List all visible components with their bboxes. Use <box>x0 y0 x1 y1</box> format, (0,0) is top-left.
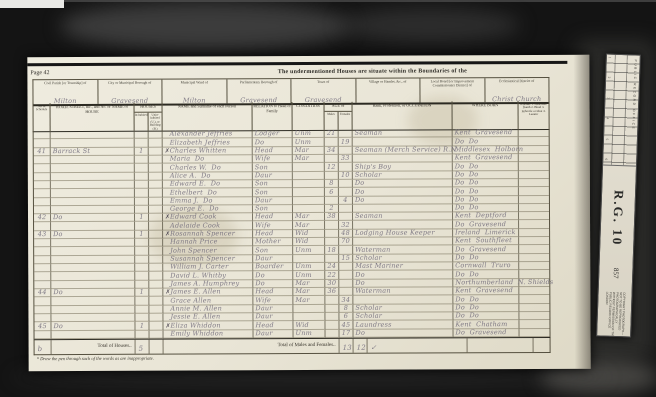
cell-schedule <box>34 306 51 314</box>
cell-disability <box>519 254 549 262</box>
totals-check: ✓ <box>368 338 468 352</box>
cell-inhabited <box>135 247 149 255</box>
district-box: Local Board [or Improvement Commissioner… <box>420 78 485 102</box>
cell-disability <box>519 179 549 187</box>
cell-uninhabited <box>149 264 163 272</box>
col-header-occupation: Rank, Profession, or OCCUPATION <box>353 101 453 129</box>
cell-uninhabited <box>149 139 163 147</box>
district-box: Municipal Ward of Milton <box>162 79 227 103</box>
cell-disability <box>519 129 549 137</box>
col-header-uninhabited: Unin-habited (U.), or Building (B.) <box>149 113 162 131</box>
cell-uninhabited <box>149 255 163 263</box>
table-body: Alexander Jeffries Lodger Unm 21 Seaman … <box>33 129 551 339</box>
pro-office-label: PUBLIC RECORD OFFICE <box>631 59 637 130</box>
cell-uninhabited <box>149 197 163 205</box>
cell-schedule <box>34 248 51 256</box>
cell-inhabited <box>135 305 149 313</box>
col-header-road: ROAD, STREET, &c., and No. or NAME of HO… <box>51 103 135 131</box>
cell-condition: Mar <box>293 155 325 163</box>
cell-relation: Daur <box>254 330 294 338</box>
district-box-label: City or Municipal Borough of <box>98 80 162 85</box>
cell-age-female <box>339 205 353 213</box>
cell-inhabited <box>135 297 149 305</box>
cell-age-female <box>339 279 353 287</box>
totals-margin-mark: b <box>35 340 52 354</box>
cell-schedule <box>34 272 51 280</box>
cell-disability <box>519 237 549 245</box>
cell-road <box>52 330 136 339</box>
district-box: Civil Parish [or Township] of Milton <box>33 80 98 104</box>
cell-born: Do Do <box>453 179 519 188</box>
cell-schedule <box>35 331 52 339</box>
cell-uninhabited <box>149 314 163 322</box>
cell-disability <box>519 154 549 162</box>
cell-schedule: 44 <box>34 289 51 297</box>
age-group-label: AGE of <box>332 103 345 108</box>
cell-age-male: 38 <box>325 213 339 221</box>
district-box-label: Civil Parish [or Township] of <box>33 80 97 85</box>
cell-uninhabited <box>149 147 163 155</box>
cell-uninhabited <box>149 214 163 222</box>
district-box-label: Parliamentary Borough of <box>227 79 291 84</box>
cell-schedule: 45 <box>34 322 51 330</box>
cell-disability <box>519 162 549 170</box>
cell-inhabited <box>135 255 149 263</box>
cell-schedule: 42 <box>34 214 51 222</box>
houses-subheaders: In-habited Unin-habited (U.), or Buildin… <box>135 112 162 131</box>
cell-inhabited <box>135 164 149 172</box>
cell-disability <box>519 204 549 212</box>
cell-uninhabited <box>149 239 163 247</box>
cell-disability <box>519 220 549 228</box>
cell-disability <box>519 212 549 220</box>
col-header-relation: RELATION to Head of Family <box>253 102 293 130</box>
cell-inhabited <box>135 189 149 197</box>
cell-disability <box>519 146 549 154</box>
cell-age-male: 36 <box>325 288 339 296</box>
cell-schedule <box>34 156 51 164</box>
cell-uninhabited <box>149 230 163 238</box>
cell-inhabited: 1 <box>135 322 149 330</box>
background-blotch <box>340 8 520 42</box>
cell-age-male <box>325 230 339 238</box>
cell-age-male <box>325 221 339 229</box>
cell-disability <box>519 245 549 253</box>
cell-schedule: 43 <box>34 231 51 239</box>
cell-age-female: 33 <box>339 155 353 163</box>
col-header-condition: CON-DITION <box>293 102 325 130</box>
cell-condition <box>293 180 325 188</box>
cell-schedule <box>34 181 51 189</box>
ruler-number: 6 <box>604 159 608 161</box>
cell-inhabited <box>135 264 149 272</box>
census-document: Page 42 The undermentioned Houses are si… <box>27 55 590 371</box>
ruler-number: 5 <box>605 138 609 140</box>
houses-group-label: HOUSES <box>140 104 156 109</box>
cell-uninhabited <box>149 272 163 280</box>
col-header-disability: Whether 1. Deaf-and-Dumb 2. Blind 3. Imb… <box>519 101 549 129</box>
total-females-value: 12 <box>354 339 368 353</box>
totals-spacer <box>150 340 164 354</box>
cell-age-female: 15 <box>339 254 353 262</box>
cell-condition <box>293 313 325 321</box>
totals-row: b Total of Houses.. 5 Total of Males and… <box>34 337 551 355</box>
cell-condition <box>293 188 325 196</box>
cell-age-female: 19 <box>339 138 353 146</box>
cell-inhabited <box>135 172 149 180</box>
cell-age-male <box>325 321 339 329</box>
cell-age-male: 12 <box>325 163 339 171</box>
footnote: * Draw the pen through such of the words… <box>37 356 154 362</box>
cell-schedule <box>34 131 51 139</box>
total-persons-label: Total of Males and Females.. <box>164 339 340 354</box>
cell-disability <box>519 195 549 203</box>
cell-age-male: 18 <box>325 246 339 254</box>
cell-uninhabited <box>149 172 163 180</box>
cell-uninhabited <box>149 322 163 330</box>
cell-disability <box>520 328 550 336</box>
cell-uninhabited <box>150 330 164 338</box>
cell-age-female: 17 <box>340 329 354 337</box>
cell-condition: Unm <box>293 246 325 254</box>
cell-condition: Unm <box>294 329 326 337</box>
cell-relation: Son <box>253 180 293 188</box>
cell-age-male: 34 <box>325 146 339 154</box>
district-box: Village or Hamlet, &c., of <box>356 79 421 103</box>
ruler: PUBLIC RECORD OFFICE 123456 <box>603 55 640 167</box>
cell-uninhabited <box>149 280 163 288</box>
cell-inhabited <box>135 272 149 280</box>
cell-disability <box>519 320 549 328</box>
cell-inhabited: 1 <box>135 147 149 155</box>
col-header-name: NAME and Surname of each Person <box>163 102 253 130</box>
cell-condition <box>293 304 325 312</box>
cell-age-female: 10 <box>339 171 353 179</box>
col-header-houses: HOUSES In-habited Unin-habited (U.), or … <box>135 103 163 131</box>
cell-disability <box>519 171 549 179</box>
cell-age-male <box>325 304 339 312</box>
cell-inhabited <box>135 197 149 205</box>
page-number: Page 42 <box>30 70 49 76</box>
cell-uninhabited <box>149 289 163 297</box>
district-box-label: Municipal Ward of <box>162 79 226 84</box>
total-houses-label: Total of Houses.. <box>52 340 136 354</box>
cell-condition: Mar <box>293 296 325 304</box>
district-box: Ecclesiastical District of Christ Church <box>485 78 549 102</box>
cell-inhabited <box>135 181 149 189</box>
cell-inhabited: 1 <box>135 214 149 222</box>
cell-inhabited <box>135 156 149 164</box>
cell-age-male <box>325 296 339 304</box>
cell-disability <box>519 287 549 295</box>
col-header-females: Females <box>339 112 352 130</box>
cell-schedule <box>34 173 51 181</box>
series-reference: R.G. 10 <box>608 170 627 266</box>
col-header-males: Males <box>325 112 339 130</box>
cell-age-female: 4 <box>339 196 353 204</box>
cell-schedule <box>34 164 51 172</box>
ruler-number: 2 <box>607 77 611 79</box>
district-box-label: Local Board [or Improvement Commissioner… <box>420 78 484 87</box>
cell-schedule <box>34 239 51 247</box>
totals-spacer <box>468 338 534 352</box>
cell-disability <box>519 295 549 303</box>
cell-schedule <box>34 189 51 197</box>
background-blotch <box>60 2 350 50</box>
cell-condition <box>293 163 325 171</box>
cell-inhabited <box>135 131 149 139</box>
cell-inhabited: 1 <box>135 230 149 238</box>
col-header-schedule: No. of Schedule <box>34 103 51 131</box>
cell-uninhabited <box>149 181 163 189</box>
cell-age-male: 6 <box>325 188 339 196</box>
cell-schedule <box>34 256 51 264</box>
cell-name: Emily Whiddon <box>164 330 254 339</box>
cell-uninhabited <box>149 164 163 172</box>
cell-age-male <box>325 313 339 321</box>
cell-uninhabited <box>149 305 163 313</box>
pro-reference-strip: PUBLIC RECORD OFFICE 123456 R.G. 10 857 … <box>596 53 641 337</box>
cell-uninhabited <box>149 156 163 164</box>
table-header: No. of Schedule ROAD, STREET, &c., and N… <box>33 101 550 132</box>
cell-inhabited <box>136 330 150 338</box>
cell-disability <box>519 304 549 312</box>
cell-inhabited <box>135 239 149 247</box>
district-box: City or Municipal Borough of Gravesend <box>98 80 163 104</box>
col-header-born: WHERE BORN <box>453 101 519 129</box>
cell-uninhabited <box>149 189 163 197</box>
cell-uninhabited <box>149 222 163 230</box>
cell-uninhabited <box>149 131 163 139</box>
cell-schedule <box>34 264 51 272</box>
district-box: Town of Gravesend <box>291 79 356 103</box>
cell-age-female <box>339 180 353 188</box>
cell-condition <box>293 196 325 204</box>
cell-uninhabited <box>149 297 163 305</box>
district-box-label: Ecclesiastical District of <box>485 78 549 83</box>
total-males-value: 13 <box>340 339 354 353</box>
copyright-text: COPYRIGHT PHOTOGRAPH—NOT TO BE REPRODUCE… <box>603 292 625 338</box>
total-houses-value: 5 <box>136 340 150 354</box>
cell-schedule <box>34 198 51 206</box>
cell-inhabited: 1 <box>135 289 149 297</box>
ruler-number: 3 <box>606 97 610 99</box>
photo-edge-strip <box>0 0 64 8</box>
cell-schedule <box>34 297 51 305</box>
piece-number: 857 <box>611 268 620 288</box>
cell-age-female: 70 <box>339 238 353 246</box>
col-header-inhabited: In-habited <box>135 113 149 131</box>
ruler-number: 4 <box>606 118 610 120</box>
cell-disability <box>519 187 549 195</box>
cell-disability <box>519 312 549 320</box>
cell-born: Do Gravesend <box>454 329 520 338</box>
photo-edge-line <box>64 0 656 2</box>
district-box-label: Town of <box>291 79 355 84</box>
cell-age-male <box>326 329 340 337</box>
cell-occupation: Do <box>354 329 454 338</box>
col-header-age: AGE of Males Females <box>325 102 353 130</box>
background-blotch <box>10 370 610 384</box>
cell-age-female <box>339 271 353 279</box>
cell-age-male: 21 <box>325 130 339 138</box>
age-subheaders: Males Females <box>325 111 352 130</box>
page-heading: The undermentioned Houses are situate wi… <box>207 68 537 75</box>
cell-condition <box>293 171 325 179</box>
ruler-numbers: 123456 <box>604 57 612 161</box>
cell-uninhabited <box>149 247 163 255</box>
cell-uninhabited <box>149 205 163 213</box>
cell-age-female <box>339 263 353 271</box>
cell-disability <box>519 262 549 270</box>
ruler-number: 1 <box>608 57 612 59</box>
totals-spacer <box>534 338 564 352</box>
cell-disability <box>519 229 549 237</box>
district-box: Parliamentary Borough of Gravesend <box>227 79 292 103</box>
district-box-label: Village or Hamlet, &c., of <box>356 79 420 84</box>
cell-schedule: 41 <box>34 148 51 156</box>
cell-disability <box>519 279 549 287</box>
